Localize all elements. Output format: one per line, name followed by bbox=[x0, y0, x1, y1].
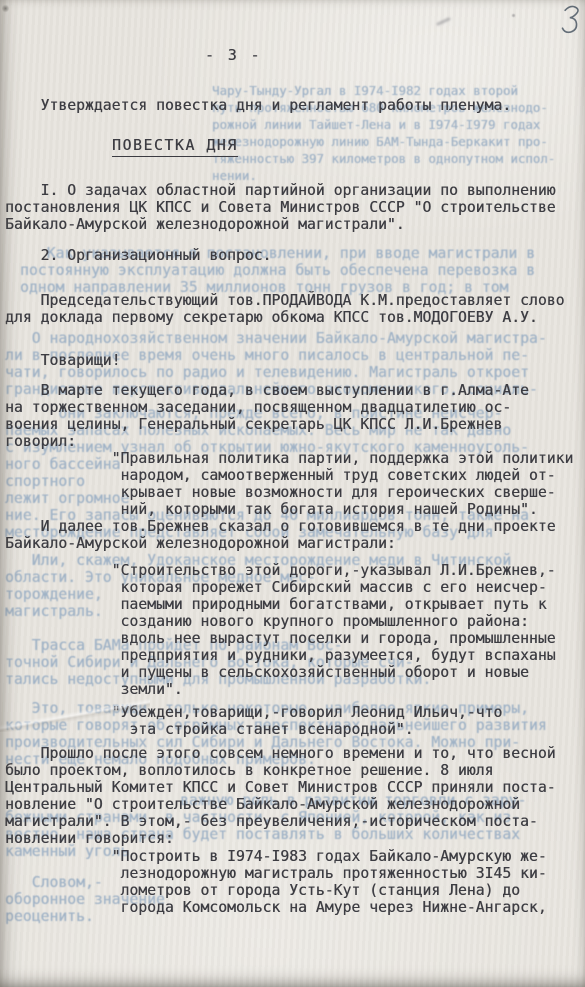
brezhnev-quote-policy: "Правильная политика партии, поддержка э… bbox=[5, 450, 573, 518]
speech-transition: И далее тов.Брежнев сказал о готовившемс… bbox=[5, 518, 556, 552]
handwritten-page-number bbox=[560, 4, 582, 36]
pencil-smudge-icon bbox=[436, 17, 451, 26]
brezhnev-quote-conviction: "Убежден,товарищи,-говорил Леонид Ильич,… bbox=[5, 704, 502, 738]
resolution-quote-build: "Построить в I974-I983 годах Байкало-Аму… bbox=[5, 848, 547, 916]
chairman-announcement: Председательствующий тов.ПРОДАЙВОДА К.М.… bbox=[5, 292, 564, 326]
agenda-item-2: 2. Организационный вопрос. bbox=[5, 247, 271, 264]
brezhnev-quote-construction: "Строительство этой дороги,-указывал Л.И… bbox=[5, 562, 556, 698]
resolution-paragraph: Прошло после этого совсем немного времен… bbox=[5, 745, 556, 847]
scan-speck-icon bbox=[2, 4, 9, 13]
salutation: Товарищи! bbox=[5, 352, 120, 369]
agenda-heading: ПОВЕСТКА ДНЯ bbox=[112, 137, 238, 157]
agenda-approval-line: Утверждается повестка дня и регламент ра… bbox=[5, 97, 511, 114]
page-number: - 3 - bbox=[205, 47, 262, 64]
agenda-item-1: I. О задачах областной партийной организ… bbox=[5, 182, 556, 233]
scan-speck-icon bbox=[512, 14, 515, 17]
speech-intro: В марте текущего года, в своем выступлен… bbox=[5, 382, 529, 450]
scanned-document-page: Чару-Тынду-Ургал в I974-I982 годах второ… bbox=[0, 0, 585, 987]
